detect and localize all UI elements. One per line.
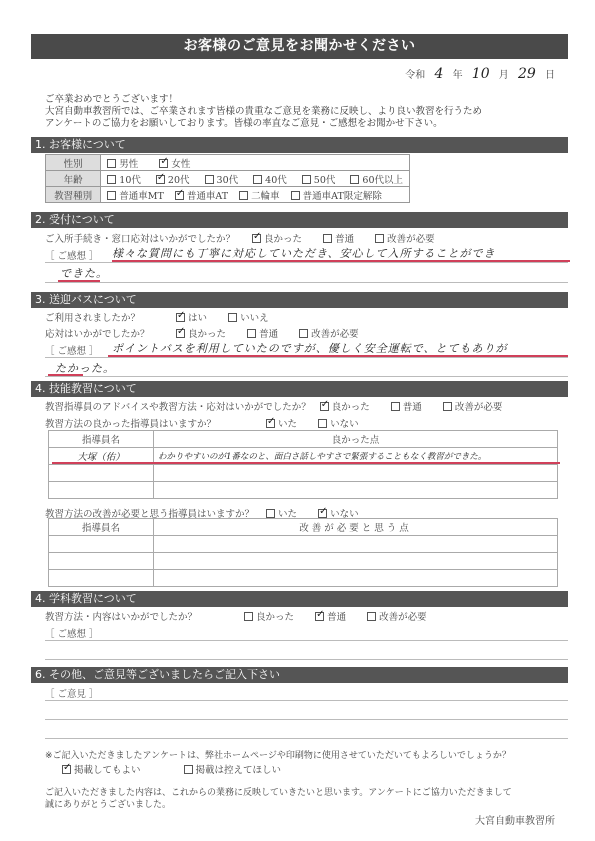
option-label: 掲載は控えてほしい bbox=[196, 765, 282, 776]
table-row bbox=[49, 465, 558, 482]
option-label: いいえ bbox=[240, 313, 269, 324]
column-header-instructor: 指導員名 bbox=[49, 431, 154, 448]
classroom-normal-option[interactable]: 普通 bbox=[315, 609, 346, 623]
course-mt-option[interactable]: 普通車MT bbox=[107, 188, 164, 202]
age-20s-option[interactable]: 20代 bbox=[156, 172, 190, 186]
gender-row: 性別 男性 女性 bbox=[46, 155, 410, 171]
intro-line-3: アンケートのご協力をお願いしております。皆様の率直なご意見・ご感想をお聞かせ下さ… bbox=[45, 118, 565, 130]
question-text: 教習指導員のアドバイスや教習方法・応対はいかがでしたか？ bbox=[45, 402, 311, 413]
checkbox[interactable] bbox=[107, 191, 116, 200]
question-text: 教習方法の良かった指導員はいますか？ bbox=[45, 416, 263, 430]
improve-points-cell[interactable] bbox=[154, 570, 558, 587]
comment-line[interactable] bbox=[45, 719, 568, 720]
improve-points-cell[interactable] bbox=[154, 553, 558, 570]
option-label: 20代 bbox=[168, 175, 190, 186]
thanks-line-2: 誠にありがとうございました。 bbox=[45, 797, 171, 810]
date-day[interactable]: 29 bbox=[518, 66, 536, 82]
age-40s-option[interactable]: 40代 bbox=[253, 172, 287, 186]
section-3-header: 3. 送迎バスについて bbox=[31, 292, 568, 308]
option-label: 普通車AT限定解除 bbox=[303, 191, 382, 202]
checkbox-checked[interactable] bbox=[159, 159, 168, 168]
question-text: 教習方法・内容はいかがでしたか？ bbox=[45, 609, 241, 623]
checkbox[interactable] bbox=[205, 175, 214, 184]
option-label: 普通車AT bbox=[187, 191, 228, 202]
classroom-improve-option[interactable]: 改善が必要 bbox=[367, 609, 427, 623]
option-label: 改善が必要 bbox=[455, 402, 503, 413]
option-label: 良かった bbox=[264, 234, 302, 245]
date-year-unit: 年 bbox=[453, 70, 463, 81]
table-header-row: 指導員名 良かった点 bbox=[49, 431, 558, 448]
reception-improve-option[interactable]: 改善が必要 bbox=[375, 231, 435, 245]
table-row bbox=[49, 482, 558, 499]
age-30s-option[interactable]: 30代 bbox=[205, 172, 239, 186]
option-label: 普通 bbox=[327, 612, 346, 623]
good-instructor-yes-option[interactable]: いた bbox=[266, 416, 297, 430]
intro-line-1: ご卒業おめでとうございます！ bbox=[45, 94, 565, 106]
bus-used-no-option[interactable]: いいえ bbox=[228, 310, 269, 324]
date-day-unit: 日 bbox=[545, 70, 555, 81]
section-4-header: 4. 技能教習について bbox=[31, 381, 568, 397]
age-10s-option[interactable]: 10代 bbox=[107, 172, 141, 186]
comment-line bbox=[45, 282, 568, 283]
course-type-label: 教習種別 bbox=[46, 187, 101, 203]
checkbox[interactable] bbox=[184, 765, 193, 774]
good-instructor-no-option[interactable]: いない bbox=[318, 416, 359, 430]
option-label: いない bbox=[330, 419, 359, 430]
option-label: いた bbox=[278, 419, 297, 430]
age-row: 年齢 10代 20代 30代 40代 50代 60代以上 bbox=[46, 171, 410, 187]
comment-line[interactable] bbox=[45, 738, 568, 739]
checkbox-checked[interactable] bbox=[156, 175, 165, 184]
course-motorcycle-option[interactable]: 二輪車 bbox=[239, 188, 280, 202]
option-label: 改善が必要 bbox=[379, 612, 427, 623]
instructor-name-cell[interactable] bbox=[49, 536, 154, 553]
option-label: 普通 bbox=[403, 402, 422, 413]
form-title: お客様のご意見をお聞かせください bbox=[31, 34, 568, 59]
course-at-unlock-option[interactable]: 普通車AT限定解除 bbox=[291, 188, 382, 202]
checkbox[interactable] bbox=[266, 509, 275, 518]
improve-points-cell[interactable] bbox=[154, 536, 558, 553]
checkbox[interactable] bbox=[367, 612, 376, 621]
column-header-instructor: 指導員名 bbox=[49, 519, 154, 536]
school-signature: 大宮自動車教習所 bbox=[475, 812, 555, 827]
reception-comment-line-2[interactable]: できた。 bbox=[60, 265, 108, 281]
permission-question: ※ご記入いただきましたアンケートは、弊社ホームページや印刷物に使用させていただい… bbox=[45, 748, 511, 761]
good-instructor-table: 指導員名 良かった点 大塚（佑） わかりやすいのが1番なのと、面白さ話しやすさで… bbox=[48, 430, 558, 499]
date-era: 令和 bbox=[405, 70, 425, 81]
option-label: 二輪車 bbox=[251, 191, 280, 202]
course-type-row: 教習種別 普通車MT 普通車AT 二輪車 普通車AT限定解除 bbox=[46, 187, 410, 203]
instructor-advice-row: 教習指導員のアドバイスや教習方法・応対はいかがでしたか？ 良かった 普通 改善が… bbox=[45, 399, 520, 413]
table-row bbox=[49, 536, 558, 553]
good-points-cell[interactable] bbox=[154, 482, 558, 499]
reception-question-row: ご入所手続き・窓口応対はいかがでしたか？ 良かった 普通 改善が必要 bbox=[45, 231, 453, 245]
checkbox[interactable] bbox=[247, 329, 256, 338]
permission-allow-option[interactable]: 掲載してもよい bbox=[62, 762, 141, 776]
option-label: 良かった bbox=[256, 612, 294, 623]
advice-improve-option[interactable]: 改善が必要 bbox=[443, 399, 503, 413]
checkbox-checked[interactable] bbox=[252, 234, 261, 243]
instructor-name-cell[interactable] bbox=[49, 465, 154, 482]
checkbox[interactable] bbox=[291, 191, 300, 200]
age-60s-option[interactable]: 60代以上 bbox=[350, 172, 403, 186]
bus-service-row: 応対はいかがでしたか？ 良かった 普通 改善が必要 bbox=[45, 326, 377, 340]
option-label: 50代 bbox=[314, 175, 336, 186]
column-header-improve-points: 改善が必要と思う点 bbox=[154, 519, 558, 536]
permission-deny-option[interactable]: 掲載は控えてほしい bbox=[184, 762, 282, 776]
question-text: ご利用されましたか？ bbox=[45, 310, 173, 324]
table-header-row: 指導員名 改善が必要と思う点 bbox=[49, 519, 558, 536]
option-label: 男性 bbox=[119, 159, 138, 170]
option-label: 普通車MT bbox=[119, 191, 164, 202]
advice-normal-option[interactable]: 普通 bbox=[391, 399, 422, 413]
date-row: 令和 4 年 10 月 29 日 bbox=[405, 66, 555, 82]
checkbox-checked[interactable] bbox=[320, 402, 329, 411]
improve-instructor-table: 指導員名 改善が必要と思う点 bbox=[48, 518, 558, 587]
checkbox[interactable] bbox=[318, 419, 327, 428]
table-row bbox=[49, 553, 558, 570]
course-at-option[interactable]: 普通車AT bbox=[175, 188, 228, 202]
classroom-question-row: 教習方法・内容はいかがでしたか？ 良かった 普通 改善が必要 bbox=[45, 609, 445, 623]
permission-options: 掲載してもよい 掲載は控えてほしい bbox=[62, 762, 299, 776]
checkbox-checked[interactable] bbox=[176, 329, 185, 338]
reception-good-option[interactable]: 良かった bbox=[252, 231, 302, 245]
question-text: 応対はいかがでしたか？ bbox=[45, 326, 173, 340]
checkbox-checked[interactable] bbox=[318, 509, 327, 518]
comment-line[interactable] bbox=[45, 640, 568, 641]
bus-comment-line-1[interactable]: ポイントバスを利用していたのですが、優しく安全運転で、とてもありが bbox=[112, 340, 567, 356]
checkbox[interactable] bbox=[107, 175, 116, 184]
comment-line bbox=[45, 357, 568, 358]
instructor-name-cell[interactable] bbox=[49, 570, 154, 587]
checkbox[interactable] bbox=[443, 402, 452, 411]
intro-text: ご卒業おめでとうございます！ 大宮自動車教習所では、ご卒業されます皆様の貴重なご… bbox=[45, 94, 565, 130]
date-year[interactable]: 4 bbox=[434, 66, 443, 82]
comment-label: ［ ご感想 ］ bbox=[45, 343, 99, 357]
option-label: 良かった bbox=[332, 402, 370, 413]
option-label: 改善が必要 bbox=[311, 329, 359, 340]
gender-female-option[interactable]: 女性 bbox=[159, 156, 190, 170]
customer-info-table: 性別 男性 女性 年齢 10代 20代 30代 40代 50代 60代以上 教習… bbox=[45, 154, 410, 203]
reception-comment-line-1[interactable]: 様々な質問にも丁寧に対応していただき、安心して入所することができ bbox=[112, 245, 552, 261]
comment-line bbox=[45, 262, 568, 263]
section-5-header: 4. 学科教習について bbox=[31, 591, 568, 607]
option-label: 30代 bbox=[217, 175, 239, 186]
option-label: 良かった bbox=[188, 329, 226, 340]
red-underline bbox=[52, 462, 560, 464]
bus-used-yes-option[interactable]: はい bbox=[176, 310, 207, 324]
reception-normal-option[interactable]: 普通 bbox=[323, 231, 354, 245]
bus-good-option[interactable]: 良かった bbox=[176, 326, 226, 340]
checkbox-checked[interactable] bbox=[315, 612, 324, 621]
option-label: 40代 bbox=[265, 175, 287, 186]
option-label: 普通 bbox=[335, 234, 354, 245]
checkbox[interactable] bbox=[375, 234, 384, 243]
checkbox-checked[interactable] bbox=[175, 191, 184, 200]
option-label: 60代以上 bbox=[362, 175, 403, 186]
checkbox-checked[interactable] bbox=[62, 765, 71, 774]
checkbox[interactable] bbox=[244, 612, 253, 621]
checkbox[interactable] bbox=[253, 175, 262, 184]
checkbox[interactable] bbox=[391, 402, 400, 411]
table-row bbox=[49, 570, 558, 587]
bus-normal-option[interactable]: 普通 bbox=[247, 326, 278, 340]
good-instructor-row: 教習方法の良かった指導員はいますか？ いた いない bbox=[45, 416, 377, 430]
option-label: 普通 bbox=[259, 329, 278, 340]
age-label: 年齢 bbox=[46, 171, 101, 187]
checkbox[interactable] bbox=[228, 313, 237, 322]
age-50s-option[interactable]: 50代 bbox=[302, 172, 336, 186]
comment-line[interactable] bbox=[45, 700, 568, 701]
classroom-good-option[interactable]: 良かった bbox=[244, 609, 294, 623]
bus-improve-option[interactable]: 改善が必要 bbox=[299, 326, 359, 340]
checkbox[interactable] bbox=[350, 175, 359, 184]
comment-label: ［ ご意見 ］ bbox=[45, 686, 99, 700]
instructor-name-cell[interactable] bbox=[49, 482, 154, 499]
column-header-good-points: 良かった点 bbox=[154, 431, 558, 448]
bus-used-row: ご利用されましたか？ はい いいえ bbox=[45, 310, 287, 324]
advice-good-option[interactable]: 良かった bbox=[320, 399, 370, 413]
section-2-header: 2. 受付について bbox=[31, 212, 568, 228]
checkbox[interactable] bbox=[299, 329, 308, 338]
question-text: ご入所手続き・窓口応対はいかがでしたか？ bbox=[45, 234, 235, 245]
option-label: 掲載してもよい bbox=[74, 765, 141, 776]
option-label: はい bbox=[188, 313, 207, 324]
option-label: 10代 bbox=[119, 175, 141, 186]
checkbox[interactable] bbox=[239, 191, 248, 200]
checkbox[interactable] bbox=[323, 234, 332, 243]
instructor-name-cell[interactable] bbox=[49, 553, 154, 570]
section-6-header: 6. その他、ご意見等ございましたらご記入下さい bbox=[31, 667, 568, 683]
intro-line-2: 大宮自動車教習所では、ご卒業されます皆様の貴重なご意見を業務に反映し、より良い教… bbox=[45, 106, 565, 118]
option-label: 改善が必要 bbox=[387, 234, 435, 245]
checkbox[interactable] bbox=[302, 175, 311, 184]
comment-label: ［ ご感想 ］ bbox=[45, 248, 99, 262]
checkbox-checked[interactable] bbox=[266, 419, 275, 428]
section-1-header: 1. お客様について bbox=[31, 137, 568, 153]
checkbox-checked[interactable] bbox=[176, 313, 185, 322]
option-label: 女性 bbox=[171, 159, 190, 170]
comment-label: ［ ご感想 ］ bbox=[45, 626, 99, 640]
gender-label: 性別 bbox=[46, 155, 101, 171]
checkbox[interactable] bbox=[107, 159, 116, 168]
date-month[interactable]: 10 bbox=[472, 66, 490, 82]
gender-male-option[interactable]: 男性 bbox=[107, 156, 138, 170]
good-points-cell[interactable] bbox=[154, 465, 558, 482]
comment-line[interactable] bbox=[45, 659, 568, 660]
survey-form: お客様のご意見をお聞かせください 令和 4 年 10 月 29 日 ご卒業おめで… bbox=[0, 0, 595, 841]
comment-line bbox=[45, 376, 568, 377]
date-month-unit: 月 bbox=[499, 70, 509, 81]
